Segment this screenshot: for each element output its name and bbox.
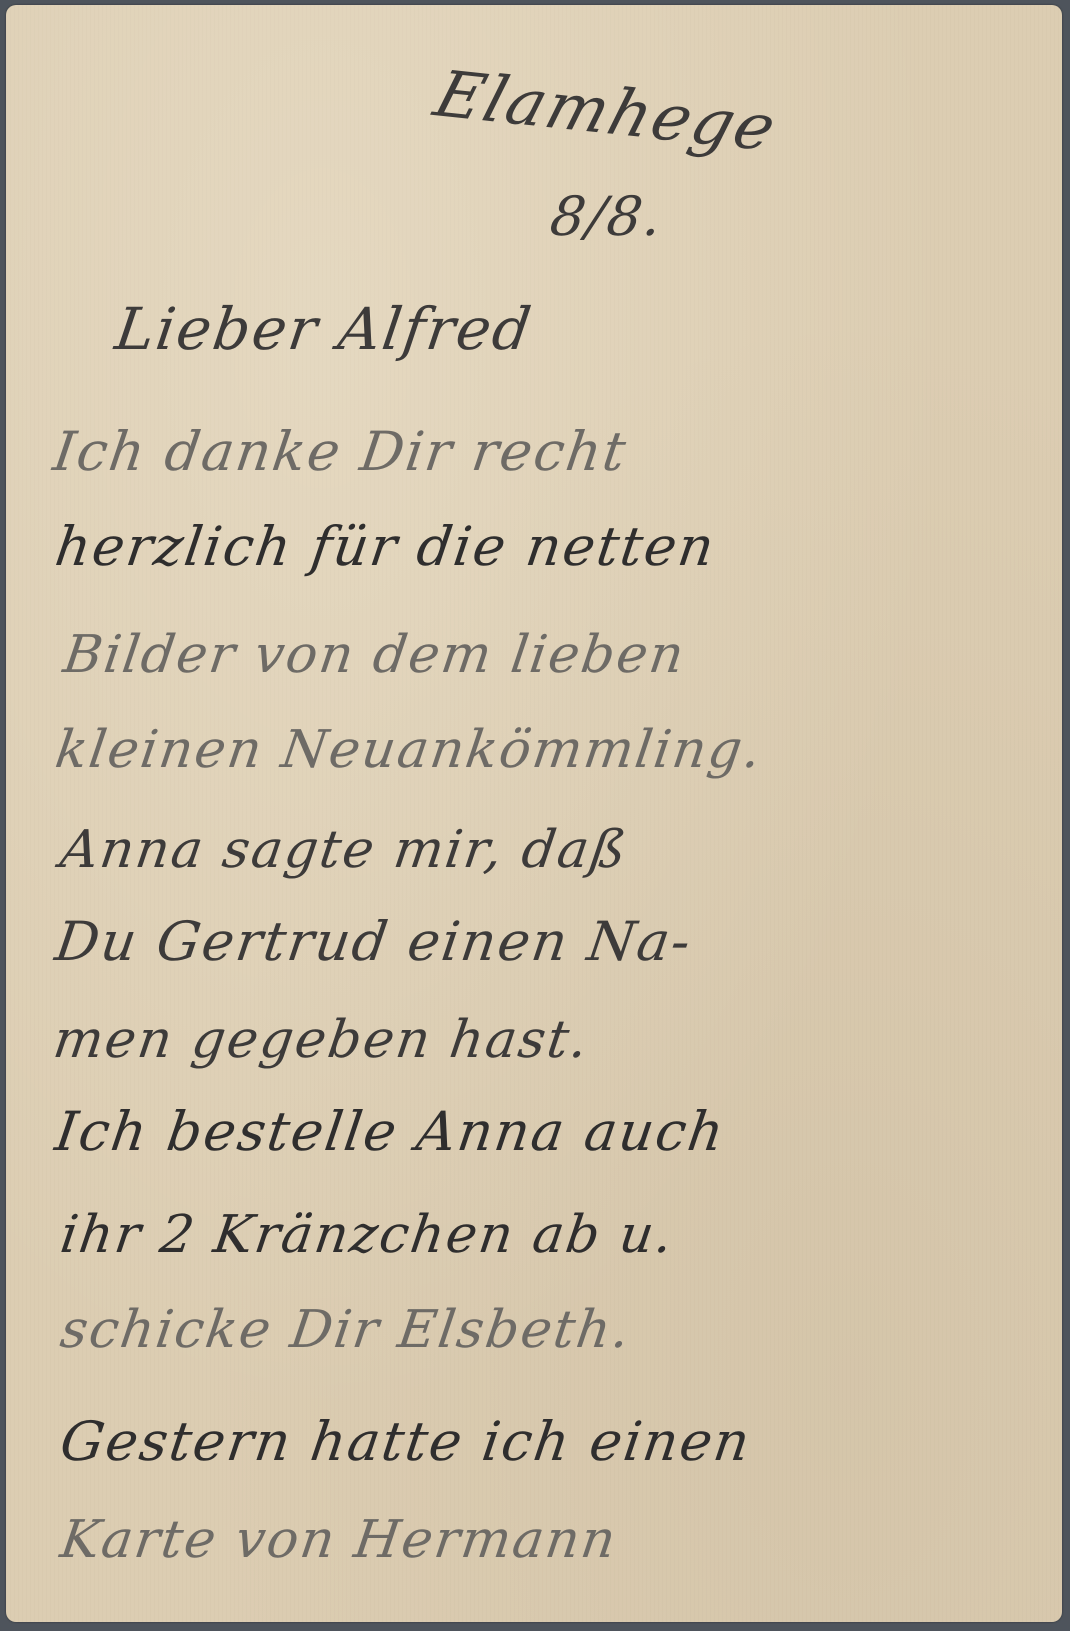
date: 8/8. xyxy=(547,185,668,248)
letter-line: Du Gertrud einen Na- xyxy=(52,910,697,973)
letter-line: herzlich für die netten xyxy=(52,515,720,578)
letter-line: men gegeben hast. xyxy=(50,1010,593,1070)
letter-line: Bilder von dem lieben xyxy=(60,625,690,685)
letter-line: Karte von Hermann xyxy=(57,1510,621,1570)
letter-line: ihr 2 Kränzchen ab u. xyxy=(57,1205,678,1265)
letter-line: Gestern hatte ich einen xyxy=(57,1410,756,1473)
postcard: Elamhege 8/8. Lieber Alfred Ich danke Di… xyxy=(6,5,1062,1622)
letter-line: Anna sagte mir, daß xyxy=(57,820,632,880)
letter-line: Ich bestelle Anna auch xyxy=(52,1100,730,1163)
letter-line: schicke Dir Elsbeth. xyxy=(57,1300,635,1360)
place-name: Elamhege xyxy=(427,58,786,166)
letter-line: kleinen Neuankömmling. xyxy=(52,720,767,780)
salutation: Lieber Alfred xyxy=(111,295,537,363)
letter-line: Ich danke Dir recht xyxy=(50,420,632,483)
